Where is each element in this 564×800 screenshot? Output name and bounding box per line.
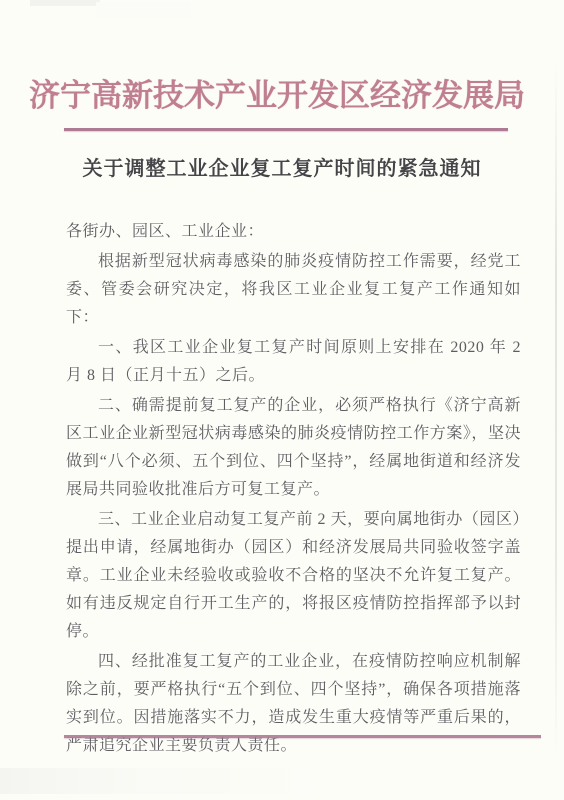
footer-rule [64,735,541,738]
paragraph-intro: 根据新型冠状病毒感染的肺炎疫情防控工作需要，经党工委、管委会研究决定，将我区工业… [66,248,521,332]
scan-artifact [30,0,100,6]
paragraph-item-1: 一、我区工业企业复工复产时间原则上安排在 2020 年 2 月 8 日（正月十五… [66,334,521,390]
letterhead-rule [64,128,508,131]
salutation: 各街办、园区、工业企业： [66,218,521,246]
paragraph-item-4: 四、经批准复工复产的工业企业，在疫情防控响应机制解除之前，要严格执行“五个到位、… [66,648,521,760]
scan-artifact [96,2,191,18]
scan-artifact [0,768,330,794]
paragraph-item-2: 二、确需提前复工复产的企业，必须严格执行《济宁高新区工业企业新型冠状病毒感染的肺… [66,392,521,504]
document-page: 济宁高新技术产业开发区经济发展局 关于调整工业企业复工复产时间的紧急通知 各街办… [0,0,564,800]
letterhead-org-name: 济宁高新技术产业开发区经济发展局 [0,70,554,115]
notice-body: 各街办、园区、工业企业： 根据新型冠状病毒感染的肺炎疫情防控工作需要，经党工委、… [66,218,521,762]
notice-title: 关于调整工业企业复工复产时间的紧急通知 [0,152,564,181]
paragraph-item-3: 三、工业企业启动复工复产前 2 天，要向属地街办（园区）提出申请，经属地街办（园… [66,506,521,646]
